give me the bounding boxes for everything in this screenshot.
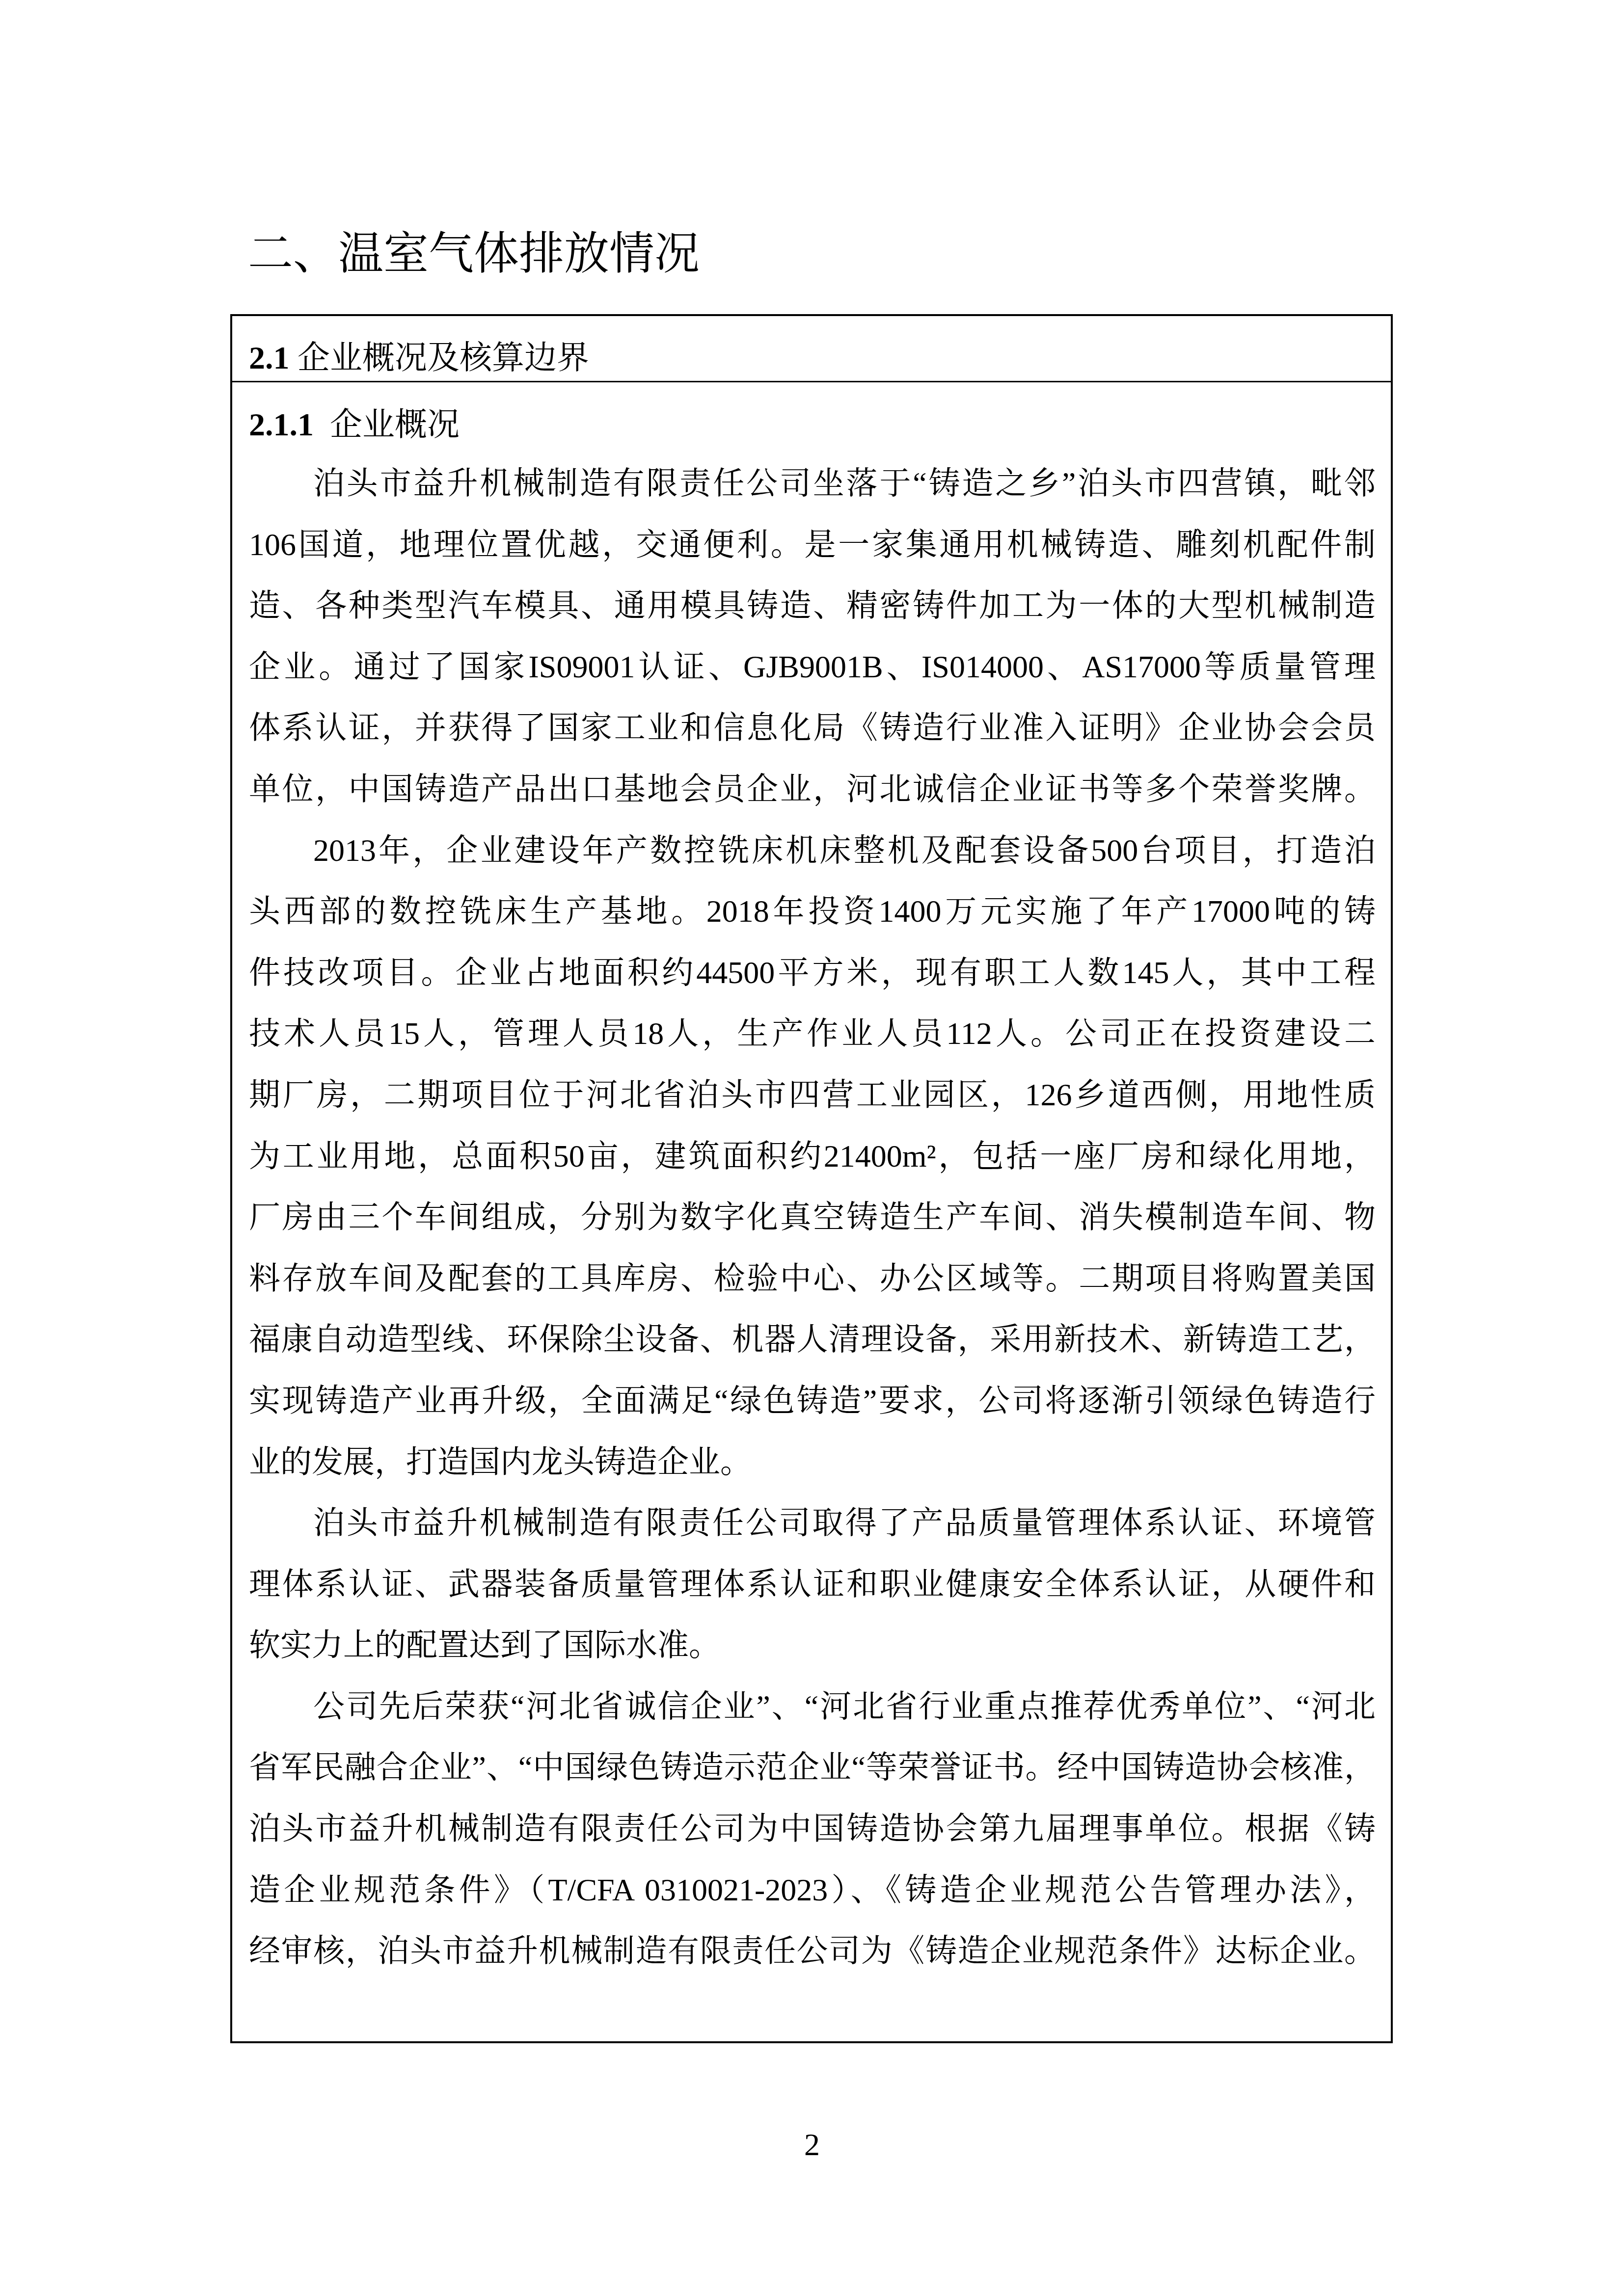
text-line: 件技改项目。企业占地面积约44500平方米，现有职工人数145人，其中工程 — [249, 953, 1376, 1015]
subsection-heading: 2.1.1 企业概况 — [249, 405, 460, 445]
text-line: 技术人员15人，管理人员18人，生产作业人员112人。公司正在投资建设二 — [249, 1014, 1376, 1075]
page-number: 2 — [0, 2125, 1624, 2164]
paragraph: 泊头市益升机械制造有限责任公司取得了产品质量管理体系认证、环境管 理体系认证、武… — [249, 1503, 1376, 1687]
text-line: 体系认证，并获得了国家工业和信息化局《铸造行业准入证明》企业协会会员 — [249, 708, 1376, 770]
text-line: 头西部的数控铣床生产基地。2018年投资1400万元实施了年产17000吨的铸 — [249, 892, 1376, 953]
company-overview-body: 泊头市益升机械制造有限责任公司坐落于“铸造之乡”泊头市四营镇，毗邻 106国道，… — [249, 464, 1376, 1993]
text-line: 造、各种类型汽车模具、通用模具铸造、精密铸件加工为一体的大型机械制造 — [249, 586, 1376, 647]
heading-label: 企业概况及核算边界 — [298, 340, 589, 376]
text-line: 理体系认证、武器装备质量管理体系认证和职业健康安全体系认证，从硬件和 — [249, 1565, 1376, 1626]
text-line: 经审核，泊头市益升机械制造有限责任公司为《铸造企业规范条件》达标企业。 — [249, 1931, 1376, 1993]
text-line: 实现铸造产业再升级，全面满足“绿色铸造”要求，公司将逐渐引领绿色铸造行 — [249, 1381, 1376, 1442]
paragraph: 公司先后荣获“河北省诚信企业”、“河北省行业重点推荐优秀单位”、“河北 省军民融… — [249, 1687, 1376, 1993]
text-line: 泊头市益升机械制造有限责任公司为中国铸造协会第九届理事单位。根据《铸 — [249, 1809, 1376, 1870]
text-line: 单位，中国铸造产品出口基地会员企业，河北诚信企业证书等多个荣誉奖牌。 — [249, 770, 1376, 831]
text-line: 公司先后荣获“河北省诚信企业”、“河北省行业重点推荐优秀单位”、“河北 — [249, 1687, 1376, 1748]
text-line: 期厂房，二期项目位于河北省泊头市四营工业园区，126乡道西侧，用地性质 — [249, 1075, 1376, 1137]
text-line: 企业。通过了国家IS09001认证、GJB9001B、IS014000、AS17… — [249, 647, 1376, 709]
text-line: 为工业用地，总面积50亩，建筑面积约21400m²，包括一座厂房和绿化用地， — [249, 1137, 1376, 1198]
text-line: 造企业规范条件》（T/CFA 0310021-2023）、《铸造企业规范公告管理… — [249, 1870, 1376, 1932]
text-line: 软实力上的配置达到了国际水准。 — [249, 1626, 1376, 1687]
text-line: 福康自动造型线、环保除尘设备、机器人清理设备，采用新技术、新铸造工艺， — [249, 1320, 1376, 1381]
text-line: 业的发展，打造国内龙头铸造企业。 — [249, 1442, 1376, 1504]
text-line: 省军民融合企业”、“中国绿色铸造示范企业“等荣誉证书。经中国铸造协会核准， — [249, 1748, 1376, 1809]
section-title: 二、温室气体排放情况 — [248, 227, 700, 281]
table-header-heading: 2.1 企业概况及核算边界 — [249, 339, 589, 378]
subsection-number: 2.1.1 — [249, 407, 314, 443]
text-line: 2013年，企业建设年产数控铣床机床整机及配套设备500台项目，打造泊 — [249, 831, 1376, 892]
text-line: 厂房由三个车间组成，分别为数字化真空铸造生产车间、消失模制造车间、物 — [249, 1198, 1376, 1259]
table-row-divider — [230, 381, 1393, 382]
heading-number: 2.1 — [249, 340, 290, 376]
subsection-label: 企业概况 — [330, 407, 460, 443]
text-line: 料存放车间及配套的工具库房、检验中心、办公区域等。二期项目将购置美国 — [249, 1259, 1376, 1320]
text-line: 泊头市益升机械制造有限责任公司取得了产品质量管理体系认证、环境管 — [249, 1503, 1376, 1565]
text-line: 106国道，地理位置优越，交通便利。是一家集通用机械铸造、雕刻机配件制 — [249, 525, 1376, 587]
paragraph: 泊头市益升机械制造有限责任公司坐落于“铸造之乡”泊头市四营镇，毗邻 106国道，… — [249, 464, 1376, 831]
text-line: 泊头市益升机械制造有限责任公司坐落于“铸造之乡”泊头市四营镇，毗邻 — [249, 464, 1376, 525]
paragraph: 2013年，企业建设年产数控铣床机床整机及配套设备500台项目，打造泊 头西部的… — [249, 831, 1376, 1504]
